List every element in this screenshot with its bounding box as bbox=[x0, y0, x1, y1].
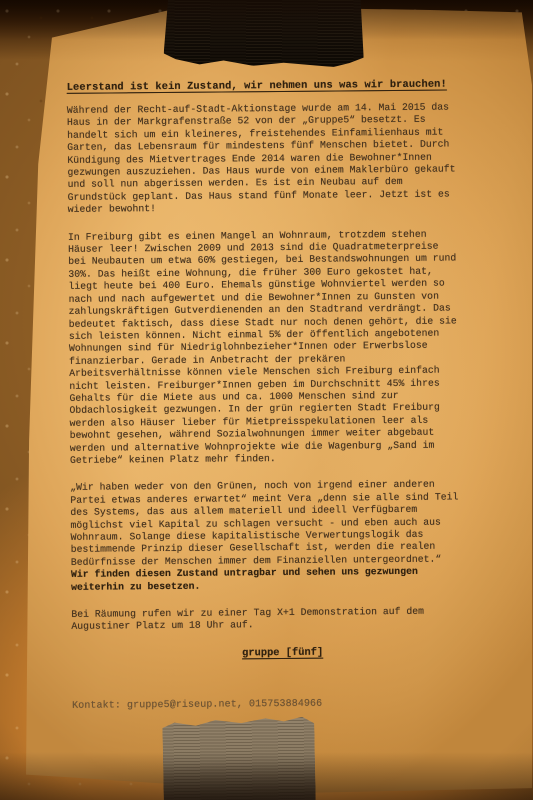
flyer-text-block: Leerstand ist kein Zustand, wir nehmen u… bbox=[24, 4, 533, 714]
photo-frame: Leerstand ist kein Zustand, wir nehmen u… bbox=[0, 0, 533, 800]
flyer-headline: Leerstand ist kein Zustand, wir nehmen u… bbox=[67, 78, 489, 95]
tape-top bbox=[164, 0, 365, 67]
paragraph-occupation: Während der Recht-auf-Stadt-Aktionstage … bbox=[67, 101, 490, 216]
flyer-paper: Leerstand ist kein Zustand, wir nehmen u… bbox=[24, 6, 532, 796]
signature-group-name: gruppe [fünf] bbox=[72, 645, 494, 661]
paragraph-housing-crisis: In Freiburg gibt es einen Mangel an Wohn… bbox=[68, 228, 492, 467]
tape-bottom bbox=[162, 717, 316, 800]
paragraph-demo-call: Bei Räumung rufen wir zu einer Tag X+1 D… bbox=[71, 605, 493, 633]
contact-line: Kontakt: gruppe5@riseup.net, 01575388496… bbox=[72, 697, 494, 713]
quote-emphasis: Wir finden diesen Zustand untragbar und … bbox=[71, 565, 493, 593]
paragraph-quote: „Wir haben weder von den Grünen, noch vo… bbox=[70, 479, 493, 594]
quote-text: „Wir haben weder von den Grünen, noch vo… bbox=[70, 479, 493, 570]
